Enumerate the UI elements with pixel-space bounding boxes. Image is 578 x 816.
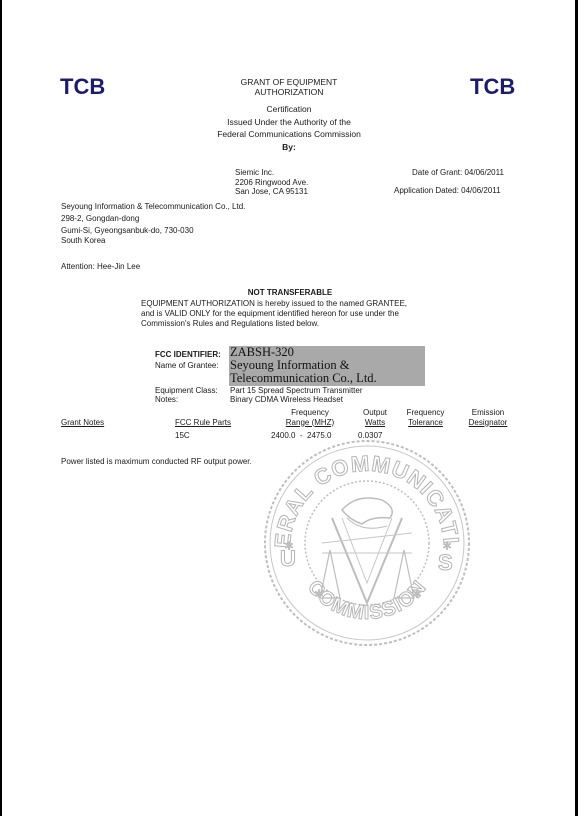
fcc-id-label: FCC IDENTIFIER: [155, 350, 221, 360]
footnote: Power listed is maximum conducted RF out… [61, 457, 252, 467]
header-output-watts: Output Watts [355, 408, 395, 427]
notice-line3: Commission's Rules and Regulations liste… [141, 319, 407, 329]
row-rule-parts: 15C [175, 431, 190, 441]
issuer-name: Siemic Inc. [235, 168, 308, 178]
svg-text:✱: ✱ [284, 539, 294, 553]
authority-line: Issued Under the Authority of the [189, 116, 389, 129]
not-transferable-title: NOT TRANSFERABLE [140, 288, 440, 298]
svg-text:S: S [438, 550, 453, 575]
by-label: By: [189, 141, 389, 154]
header-freq-range-top: Frequency [270, 408, 350, 418]
certification-label: Certification [189, 103, 389, 116]
issuer-street: 2206 Ringwood Ave. [235, 178, 308, 188]
grantee-name: Seyoung Information & Telecommunication … [61, 201, 245, 213]
header-tolerance: Frequency Tolerance [398, 408, 453, 427]
scan-border-left [0, 0, 2, 816]
grantee-country: South Korea [61, 236, 245, 245]
issuer-address: Siemic Inc. 2206 Ringwood Ave. San Jose,… [235, 168, 308, 197]
header-tolerance-bottom: Tolerance [398, 418, 453, 428]
header-freq-range-bottom: Range (MHZ) [270, 418, 350, 428]
notice-line1: EQUIPMENT AUTHORIZATION is hereby issued… [141, 299, 407, 309]
notice-text: EQUIPMENT AUTHORIZATION is hereby issued… [141, 299, 407, 329]
header-grant-notes: Grant Notes [61, 418, 104, 428]
header-rule-parts: FCC Rule Parts [175, 418, 231, 428]
notice-line2: and is VALID ONLY for the equipment iden… [141, 309, 407, 319]
notes-label: Notes: [155, 395, 178, 405]
grantee-name-label: Name of Grantee: [155, 361, 219, 371]
grantee-address: Seyoung Information & Telecommunication … [61, 201, 245, 245]
attention-line: Attention: Hee-Jin Lee [61, 262, 140, 272]
application-date: Application Dated: 04/06/2011 [394, 186, 501, 196]
header-tolerance-top: Frequency [398, 408, 453, 418]
svg-text:✱: ✱ [314, 587, 324, 601]
grant-title: GRANT OF EQUIPMENT AUTHORIZATION [189, 77, 389, 97]
header-emission: Emission Designator [458, 408, 518, 427]
fcc-seal-icon: FEDERAL COMMUNICATIONS COMMISSION U S ✱ … [262, 438, 472, 648]
grantee-addr2: Gumi-Si, Gyeongsanbuk-do, 730-030 [61, 225, 245, 236]
certification-block: Certification Issued Under the Authority… [189, 103, 389, 153]
header-output-bottom: Watts [355, 418, 395, 428]
header-output-top: Output [355, 408, 395, 418]
header-emission-top: Emission [458, 408, 518, 418]
svg-text:FEDERAL COMMUNICATIONS: FEDERAL COMMUNICATIONS [262, 438, 464, 549]
commission-line: Federal Communications Commission [189, 128, 389, 141]
grantee-addr1: 298-2, Gongdan-dong [61, 213, 245, 225]
tcb-logo-left: TCB [60, 74, 105, 100]
grant-title-line1: GRANT OF EQUIPMENT [189, 77, 389, 87]
header-emission-bottom: Designator [458, 418, 518, 428]
notes-value: Binary CDMA Wireless Headset [230, 395, 343, 405]
date-of-grant: Date of Grant: 04/06/2011 [412, 168, 504, 178]
svg-text:✱: ✱ [442, 539, 452, 553]
grant-title-line2: AUTHORIZATION [189, 87, 389, 97]
header-freq-range: Frequency Range (MHZ) [270, 408, 350, 427]
issuer-city: San Jose, CA 95131 [235, 187, 308, 197]
tcb-logo-right: TCB [470, 74, 515, 100]
grantee-name-value-2: Telecommunication Co., Ltd. [230, 372, 377, 385]
